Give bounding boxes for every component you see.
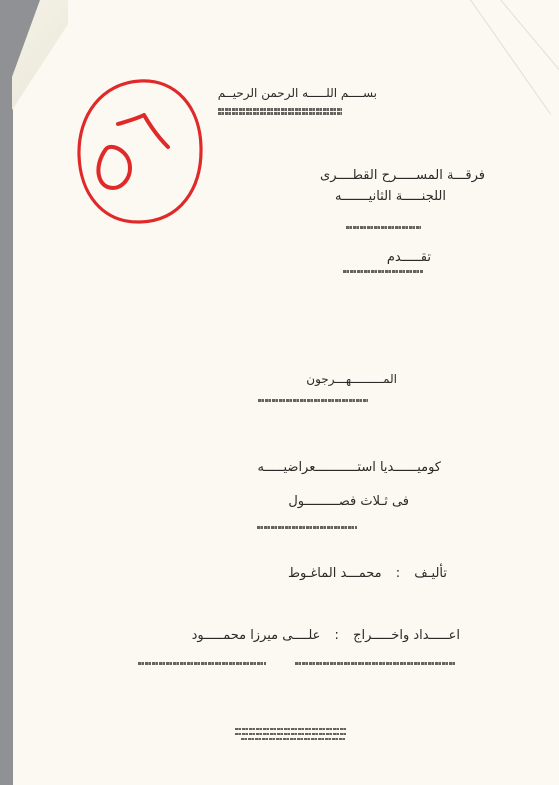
author-label: تأليـف <box>414 566 447 581</box>
director-line: اعـــــداد واخـــــراج : علــــى ميرزا م… <box>192 628 460 643</box>
basmala-underline <box>218 108 342 115</box>
director-name-underline <box>138 662 266 665</box>
red-circled-number-stamp: ٥٦ <box>76 77 204 225</box>
play-title: المـــــــــهـــرجون <box>306 372 397 386</box>
play-title-underline <box>258 399 368 402</box>
director-label: اعـــــداد واخـــــراج <box>353 628 460 643</box>
acts-underline <box>257 526 357 529</box>
author-line: تأليـف : محمـــد الماغـوط <box>288 566 447 581</box>
committee-name: اللجنـــــة الثانيـــــــه <box>335 189 446 204</box>
director-label-underline <box>295 662 455 665</box>
presents-underline <box>343 270 423 273</box>
presents-text: تقـــــدم <box>387 250 431 265</box>
author-separator: : <box>396 566 400 581</box>
document-page: ٥٦ بســــم اللـــــه الرحمن الرحيــم فرق… <box>13 0 559 785</box>
committee-underline <box>346 226 421 229</box>
troupe-name: فرقـــة المســـــرح القطــــرى <box>320 168 485 183</box>
director-name: علــــى ميرزا محمـــــود <box>192 628 321 643</box>
basmala: بســــم اللـــــه الرحمن الرحيــم <box>218 86 377 100</box>
stamp-circle-icon <box>76 77 204 225</box>
scanner-background-edge <box>0 0 13 785</box>
author-name: محمـــد الماغـوط <box>288 566 382 581</box>
director-separator: : <box>335 628 339 643</box>
play-genre: كوميــــــديا استـــــــــــعراضيـــــه <box>257 460 441 475</box>
bottom-ornament-rule <box>235 728 347 740</box>
play-acts: فى ثـلاث فصـــــــــول <box>288 494 409 509</box>
